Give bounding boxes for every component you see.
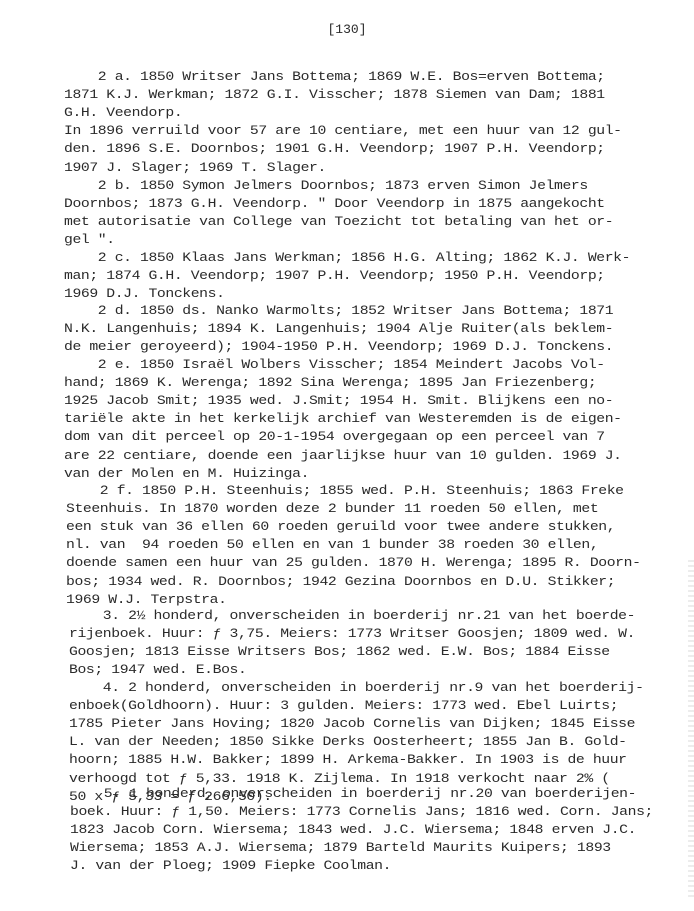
text-line: gel ". xyxy=(64,232,115,248)
text-line: met autorisatie van College van Toezicht… xyxy=(64,214,613,230)
text-line: 1969 D.J. Tonckens. xyxy=(64,286,225,302)
text-line: tariële akte in het kerkelijk archief va… xyxy=(64,411,622,427)
text-line: 1925 Jacob Smit; 1935 wed. J.Smit; 1954 … xyxy=(64,393,613,409)
text-line: 2 e. 1850 Israël Wolbers Visscher; 1854 … xyxy=(64,357,605,373)
text-line: 2 c. 1850 Klaas Jans Werkman; 1856 H.G. … xyxy=(64,250,630,266)
text-line: 1823 Jacob Corn. Wiersema; 1843 wed. J.C… xyxy=(70,822,636,838)
text-line: hand; 1869 K. Werenga; 1892 Sina Werenga… xyxy=(64,375,596,391)
text-line: 1907 J. Slager; 1969 T. Slager. xyxy=(64,160,326,176)
text-line: J. van der Ploeg; 1909 Fiepke Coolman. xyxy=(70,858,391,874)
text-line: 2 a. 1850 Writser Jans Bottema; 1869 W.E… xyxy=(64,69,605,85)
text-line: rijenboek. Huur: ƒ 3,75. Meiers: 1773 Wr… xyxy=(69,626,635,642)
page-number: [130] xyxy=(0,22,694,37)
text-line: man; 1874 G.H. Veendorp; 1907 P.H. Veend… xyxy=(64,268,605,284)
text-line: L. van der Needen; 1850 Sikke Derks Oost… xyxy=(69,734,627,750)
text-line: 2 b. 1850 Symon Jelmers Doornbos; 1873 e… xyxy=(64,178,588,194)
text-line: van der Molen en M. Huizinga. xyxy=(64,466,309,482)
text-line: 1969 W.J. Terpstra. xyxy=(66,592,227,608)
text-line: enboek(Goldhoorn). Huur: 3 gulden. Meier… xyxy=(69,698,618,714)
text-line: 4. 2 honderd, onverscheiden in boerderij… xyxy=(69,680,644,696)
text-line: Steenhuis. In 1870 worden deze 2 bunder … xyxy=(66,501,598,517)
text-line: 2 d. 1850 ds. Nanko Warmolts; 1852 Writs… xyxy=(64,303,613,319)
text-line: Wiersema; 1853 A.J. Wiersema; 1879 Barte… xyxy=(70,840,611,856)
text-line: nl. van 94 roeden 50 ellen en van 1 bund… xyxy=(66,537,598,553)
text-line: verhoogd tot ƒ 5,33. 1918 K. Zijlema. In… xyxy=(69,771,610,787)
text-line: 2 f. 1850 P.H. Steenhuis; 1855 wed. P.H.… xyxy=(66,483,624,499)
text-line: 1785 Pieter Jans Hoving; 1820 Jacob Corn… xyxy=(69,716,635,732)
text-line: dom van dit perceel op 20-1-1954 overgeg… xyxy=(64,429,605,445)
text-line: are 22 centiare, doende een jaarlijkse h… xyxy=(64,448,622,464)
text-line: een stuk van 36 ellen 60 roeden geruild … xyxy=(66,519,615,535)
text-line: 5. 1 honderd, onverscheiden in boerderij… xyxy=(70,786,636,802)
text-line: Bos; 1947 wed. E.Bos. xyxy=(69,662,246,678)
text-line: den. 1896 S.E. Doornbos; 1901 G.H. Veend… xyxy=(64,141,605,157)
text-line: 1871 K.J. Werkman; 1872 G.I. Visscher; 1… xyxy=(64,87,605,103)
scan-edge-artifact xyxy=(688,560,694,900)
text-line: G.H. Veendorp. xyxy=(64,105,182,121)
text-line: bos; 1934 wed. R. Doornbos; 1942 Gezina … xyxy=(66,574,615,590)
text-line: N.K. Langenhuis; 1894 K. Langenhuis; 190… xyxy=(64,321,613,337)
text-line: hoorn; 1885 H.W. Bakker; 1899 H. Arkema-… xyxy=(69,752,627,768)
text-line: In 1896 verruild voor 57 are 10 centiare… xyxy=(64,123,622,139)
text-line: Goosjen; 1813 Eisse Writsers Bos; 1862 w… xyxy=(69,644,610,660)
text-line: de meier geroyeerd); 1904-1950 P.H. Veen… xyxy=(64,339,613,355)
text-line: doende samen een huur van 25 gulden. 187… xyxy=(66,555,641,571)
text-line: Doornbos; 1873 G.H. Veendorp. " Door Vee… xyxy=(64,196,605,212)
text-line: boek. Huur: ƒ 1,50. Meiers: 1773 Corneli… xyxy=(70,804,653,820)
text-line: 3. 2½ honderd, onverscheiden in boerderi… xyxy=(69,608,635,624)
